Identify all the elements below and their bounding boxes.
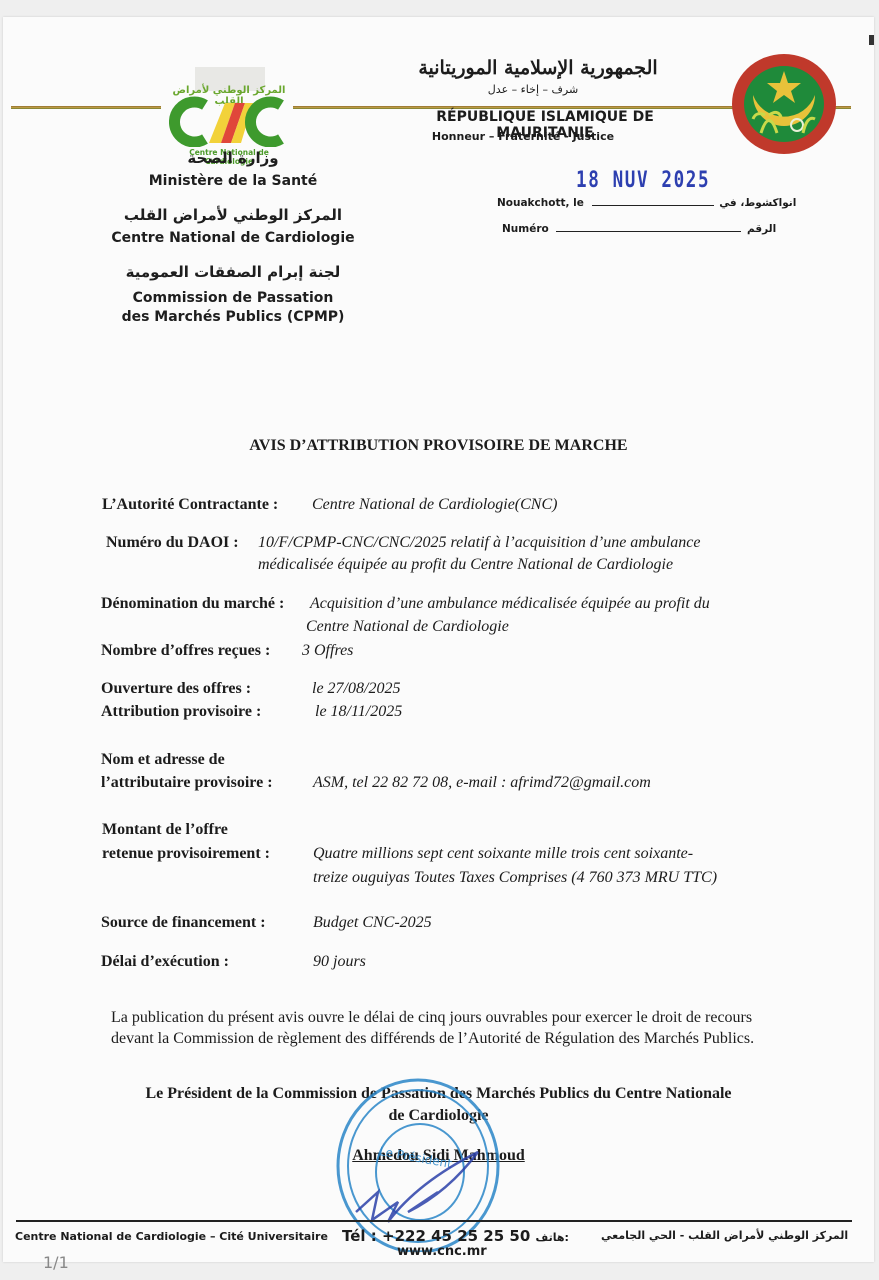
field-label-opening: Ouverture des offres : bbox=[101, 680, 251, 698]
footer-website[interactable]: www.cnc.mr bbox=[397, 1244, 487, 1259]
field-value-market-name-line2: Centre National de Cardiologie bbox=[306, 618, 509, 636]
header-rule-right bbox=[835, 106, 851, 109]
page-annotation: 1/1 bbox=[43, 1253, 69, 1272]
field-value-contracting-authority: Centre National de Cardiologie(CNC) bbox=[312, 496, 557, 514]
field-label-amount-line1: Montant de l’offre bbox=[102, 821, 228, 839]
document-page: المركز الوطني لأمراض القلب Centre Nation… bbox=[3, 17, 874, 1262]
place-date-rule bbox=[592, 205, 714, 206]
centre-arabic: المركز الوطني لأمراض القلب bbox=[103, 206, 363, 224]
appeal-notice: La publication du présent avis ouvre le … bbox=[111, 1007, 771, 1049]
field-label-awardee-line1: Nom et adresse de bbox=[101, 751, 225, 769]
header-rule-left bbox=[11, 106, 161, 109]
stamp-inner-text: Le Président bbox=[378, 1144, 453, 1171]
page-edge bbox=[869, 35, 874, 45]
field-label-offers-received: Nombre d’offres reçues : bbox=[101, 642, 270, 660]
commission-french-line1: Commission de Passation bbox=[83, 290, 383, 306]
field-value-market-name-line1: Acquisition d’une ambulance médicalisée … bbox=[310, 595, 710, 613]
footer-phone: Tél : +222 45 25 25 50 هاتف: bbox=[342, 1227, 569, 1245]
field-label-provisional-award: Attribution provisoire : bbox=[101, 703, 261, 721]
field-label-awardee-line2: l’attributaire provisoire : bbox=[101, 774, 273, 792]
document-title: AVIS D’ATTRIBUTION PROVISOIRE DE MARCHE bbox=[3, 437, 874, 455]
field-label-daoi-number: Numéro du DAOI : bbox=[106, 534, 239, 552]
field-value-amount-line1: Quatre millions sept cent soixante mille… bbox=[313, 845, 693, 863]
number-label-fr: Numéro bbox=[502, 223, 549, 235]
official-stamp-icon: Le Président bbox=[328, 1072, 508, 1252]
place-label-fr: Nouakchott, le bbox=[497, 197, 584, 209]
motto-french: Honneur – Fraternité - Justice bbox=[423, 130, 623, 143]
motto-arabic: شرف – إخاء – عدل bbox=[473, 83, 593, 96]
ministry-arabic: وزارة الصحة bbox=[123, 149, 343, 167]
field-label-contracting-authority: L’Autorité Contractante : bbox=[102, 496, 278, 514]
field-value-execution-delay: 90 jours bbox=[313, 953, 366, 971]
national-seal-icon bbox=[731, 53, 837, 155]
field-label-market-name: Dénomination du marché : bbox=[101, 595, 284, 613]
field-label-execution-delay: Délai d’exécution : bbox=[101, 953, 229, 971]
commission-arabic: لجنة إبرام الصفقات العمومية bbox=[103, 263, 363, 281]
number-rule bbox=[556, 231, 741, 232]
centre-french: Centre National de Cardiologie bbox=[83, 230, 383, 246]
received-date-stamp: 18 NUV 2025 bbox=[576, 168, 710, 193]
commission-french-line2: des Marchés Publics (CPMP) bbox=[83, 309, 383, 325]
field-value-offers-received: 3 Offres bbox=[302, 642, 353, 660]
field-label-funding: Source de financement : bbox=[101, 914, 266, 932]
number-line: Numéro الرقم bbox=[502, 223, 776, 235]
footer-address-ar: المركز الوطني لأمراض القلب - الحي الجامع… bbox=[601, 1229, 848, 1242]
field-value-awardee: ASM, tel 22 82 72 08, e-mail : afrimd72@… bbox=[313, 774, 651, 792]
cnc-letters-icon bbox=[169, 95, 287, 147]
place-label-ar: انواكشوط، في bbox=[719, 197, 796, 209]
number-label-ar: الرقم bbox=[747, 223, 776, 235]
footer-phone-label-ar: هاتف: bbox=[536, 1231, 569, 1244]
footer-phone-number: Tél : +222 45 25 25 50 bbox=[342, 1227, 530, 1245]
field-value-amount-line2: treize ouguiyas Toutes Taxes Comprises (… bbox=[313, 869, 717, 887]
field-value-daoi-number-line2: médicalisée équipée au profit du Centre … bbox=[258, 556, 673, 574]
footer-rule bbox=[16, 1220, 852, 1222]
ministry-french: Ministère de la Santé bbox=[103, 173, 363, 189]
republic-arabic: الجمهورية الإسلامية الموريتانية bbox=[398, 57, 678, 79]
field-label-amount-line2: retenue provisoirement : bbox=[102, 845, 270, 863]
field-value-funding: Budget CNC-2025 bbox=[313, 914, 432, 932]
field-value-provisional-award: le 18/11/2025 bbox=[315, 703, 402, 721]
field-value-daoi-number-line1: 10/F/CPMP-CNC/CNC/2025 relatif à l’acqui… bbox=[258, 534, 701, 552]
footer-address-fr: Centre National de Cardiologie – Cité Un… bbox=[15, 1230, 328, 1243]
place-date-line: Nouakchott, le انواكشوط، في bbox=[497, 197, 796, 209]
cnc-logo: المركز الوطني لأمراض القلب Centre Nation… bbox=[165, 67, 293, 162]
field-value-opening: le 27/08/2025 bbox=[312, 680, 400, 698]
